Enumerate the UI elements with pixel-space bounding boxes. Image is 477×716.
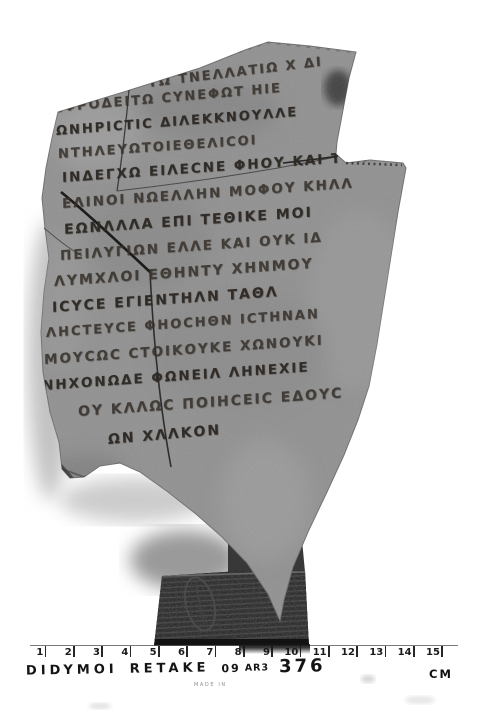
caption-retake: RETAKE bbox=[130, 660, 210, 676]
ruler-number: 1 bbox=[18, 646, 46, 660]
ruler: 1 2 3 4 5 6 7 8 9 10 11 12 13 14 15 bbox=[18, 646, 443, 660]
caption-ref: AR3 bbox=[245, 662, 269, 673]
ruler-number: 6 bbox=[160, 646, 188, 660]
ruler-number: 12 bbox=[330, 646, 358, 660]
stand-shadow-overlay bbox=[239, 644, 310, 654]
ruler-number: 4 bbox=[103, 646, 131, 660]
ruler-made-in-text: MADE IN bbox=[194, 682, 227, 688]
ruler-number: 5 bbox=[131, 646, 159, 660]
caption-code: 09 bbox=[221, 662, 241, 675]
ostracon-photo: ΤΩ ΤΝΕΛΛΑΤΙΩ Χ ΔΙ ΑΦΡΟΔΕΙΤΩ CΥΝΕΦΩΤ ΗΙΕ … bbox=[0, 0, 477, 716]
ruler-number: 14 bbox=[386, 646, 414, 660]
ruler-number: 13 bbox=[358, 646, 386, 660]
ruler-number: 3 bbox=[75, 646, 103, 660]
ruler-unit-label: CM bbox=[429, 667, 453, 681]
ruler-number: 2 bbox=[46, 646, 74, 660]
shard-text-line: ΩΝ ΧΛΛΚΟΝ bbox=[108, 422, 222, 448]
ruler-number: 7 bbox=[188, 646, 216, 660]
inventory-number: 376 bbox=[279, 655, 326, 677]
caption-site: DIDYMOI bbox=[26, 662, 118, 679]
shard-text-line: ΟΥ ΚΛΛΩC ΠΟΙΗCΕΙC ΕΔΟΥC bbox=[78, 385, 344, 420]
ruler-number: 15 bbox=[415, 646, 443, 660]
